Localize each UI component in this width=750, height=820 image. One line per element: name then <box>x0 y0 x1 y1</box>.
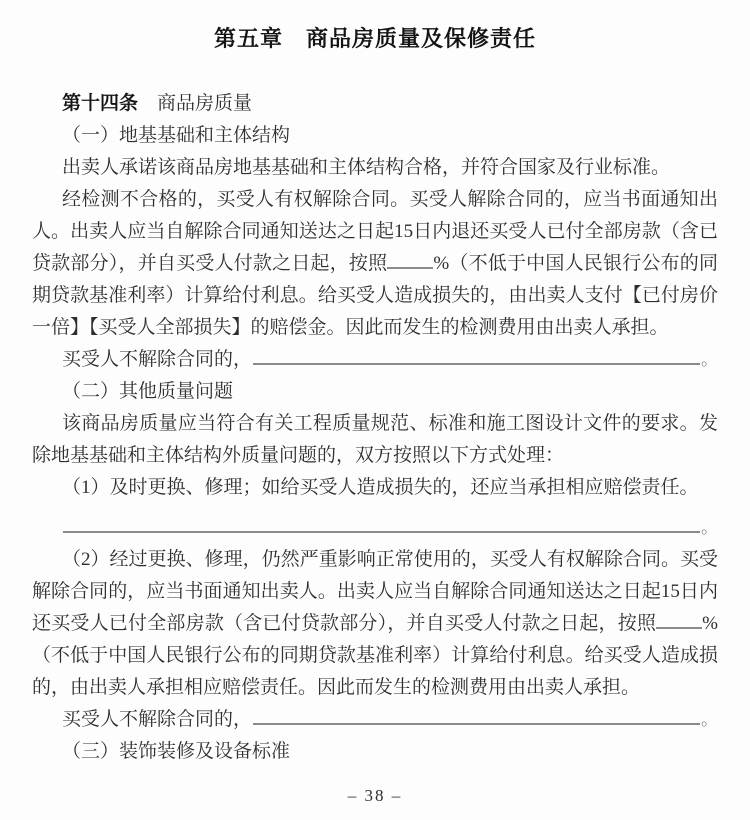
text-run: （1）及时更换、修理；如给买受人造成损失的，还应当承担相应赔偿责任。 <box>62 477 699 498</box>
paragraph-line: （不低于中国人民银行公布的同期贷款基准利率）计算给付利息。给买受人造成损失 <box>32 640 718 672</box>
fill-in-blank-rule <box>63 512 700 533</box>
paragraph-line: 人。出卖人应当自解除合同通知送达之日起15日内退还买受人已付全部房款（含已付 <box>32 216 718 248</box>
article-heading-line: 第十四条 商品房质量 <box>32 88 718 120</box>
text-run: 解除合同的，应当书面通知出卖人。出卖人应当自解除合同通知送达之日起15日内退 <box>32 581 718 608</box>
fill-in-blank-short <box>387 248 433 269</box>
fill-in-blank-short <box>656 608 702 629</box>
paragraph-line: 出卖人承诺该商品房地基基础和主体结构合格，并符合国家及行业标准。 <box>32 152 718 184</box>
text-run: 商品房质量 <box>138 93 252 114</box>
chapter-title: 第五章 商品房质量及保修责任 <box>0 0 750 52</box>
contract-page: 第五章 商品房质量及保修责任 第十四条 商品房质量（一）地基基础和主体结构出卖人… <box>0 0 750 820</box>
text-run: 买受人不解除合同的， <box>62 344 252 376</box>
text-run: % <box>702 613 718 634</box>
text-run: （二）其他质量问题 <box>62 381 233 402</box>
page-number: – 38 – <box>0 784 750 808</box>
text-run: 经检测不合格的，买受人有权解除合同。买受人解除合同的，应当书面通知出卖 <box>32 189 718 216</box>
paragraph-line: 经检测不合格的，买受人有权解除合同。买受人解除合同的，应当书面通知出卖 <box>32 184 718 216</box>
text-run: 还买受人已付全部房款（含已付贷款部分），并自买受人付款之日起，按照 <box>32 613 656 634</box>
text-run: 该商品房质量应当符合有关工程质量规范、标准和施工图设计文件的要求。发现 <box>32 413 718 440</box>
fill-in-line: 买受人不解除合同的，。 <box>32 344 718 376</box>
text-run: （2）经过更换、修理，仍然严重影响正常使用的，买受人有权解除合同。买受人 <box>32 549 718 576</box>
text-run: %（不低于中国人民银行公布的同 <box>433 253 718 274</box>
trailing-full-stop: 。 <box>701 704 718 736</box>
paragraph-line: 期贷款基准利率）计算给付利息。给买受人造成损失的，由出卖人支付【已付房价款 <box>32 280 718 312</box>
paragraph-line: 一倍】【买受人全部损失】的赔偿金。因此而发生的检测费用由出卖人承担。 <box>32 312 718 344</box>
fill-in-blank-rule <box>253 704 700 725</box>
text-run: 一倍】【买受人全部损失】的赔偿金。因此而发生的检测费用由出卖人承担。 <box>32 317 669 338</box>
paragraph-line-with-blank: 还买受人已付全部房款（含已付贷款部分），并自买受人付款之日起，按照% <box>32 608 718 640</box>
clause-3-heading-line: （三）装饰装修及设备标准 <box>32 736 718 768</box>
text-run: 买受人不解除合同的， <box>62 704 252 736</box>
text-run: 贷款部分），并自买受人付款之日起，按照 <box>32 253 387 274</box>
text-run: （不低于中国人民银行公布的同期贷款基准利率）计算给付利息。给买受人造成损失 <box>32 645 718 672</box>
paragraph-line: 该商品房质量应当符合有关工程质量规范、标准和施工图设计文件的要求。发现 <box>32 408 718 440</box>
text-run: 出卖人承诺该商品房地基基础和主体结构合格，并符合国家及行业标准。 <box>62 157 670 178</box>
text-run: （三）装饰装修及设备标准 <box>62 741 290 762</box>
fill-in-line: 。 <box>32 512 718 544</box>
fill-in-blank-rule <box>253 344 700 365</box>
paragraph-line: 的，由出卖人承担相应赔偿责任。因此而发生的检测费用由出卖人承担。 <box>32 672 718 704</box>
item-2-line: （2）经过更换、修理，仍然严重影响正常使用的，买受人有权解除合同。买受人 <box>32 544 718 576</box>
text-run: 人。出卖人应当自解除合同通知送达之日起15日内退还买受人已付全部房款（含已付 <box>32 221 718 248</box>
paragraph-line-with-blank: 贷款部分），并自买受人付款之日起，按照%（不低于中国人民银行公布的同 <box>32 248 718 280</box>
clause-1-heading-line: （一）地基基础和主体结构 <box>32 120 718 152</box>
contract-body: 第十四条 商品房质量（一）地基基础和主体结构出卖人承诺该商品房地基基础和主体结构… <box>32 88 718 768</box>
text-run: 期贷款基准利率）计算给付利息。给买受人造成损失的，由出卖人支付【已付房价款 <box>32 285 718 312</box>
trailing-full-stop: 。 <box>701 344 718 376</box>
text-run: 除地基基础和主体结构外质量问题的，双方按照以下方式处理： <box>32 445 564 466</box>
clause-2-heading-line: （二）其他质量问题 <box>32 376 718 408</box>
trailing-full-stop: 。 <box>701 512 718 544</box>
fill-in-line: 买受人不解除合同的，。 <box>32 704 718 736</box>
paragraph-line: 解除合同的，应当书面通知出卖人。出卖人应当自解除合同通知送达之日起15日内退 <box>32 576 718 608</box>
text-run: 的，由出卖人承担相应赔偿责任。因此而发生的检测费用由出卖人承担。 <box>32 677 640 698</box>
article-number-label: 第十四条 <box>62 93 138 114</box>
paragraph-line: 除地基基础和主体结构外质量问题的，双方按照以下方式处理： <box>32 440 718 472</box>
text-run: （一）地基基础和主体结构 <box>62 125 290 146</box>
item-1-line: （1）及时更换、修理；如给买受人造成损失的，还应当承担相应赔偿责任。 <box>32 472 718 504</box>
